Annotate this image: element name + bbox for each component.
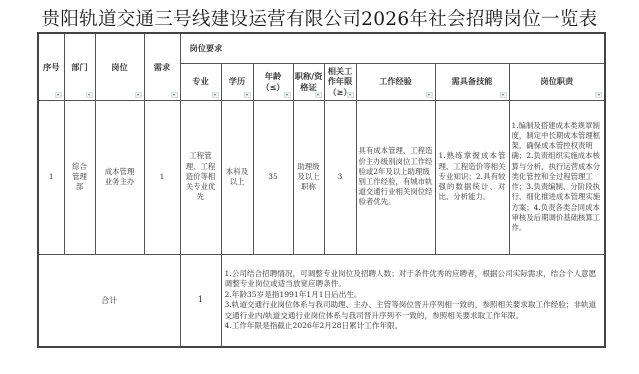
filter-dropdown-icon[interactable] xyxy=(86,92,93,98)
header-experience: 工作经验 xyxy=(356,63,435,100)
header-duties: 岗位职责 xyxy=(509,63,605,100)
header-duties-label: 岗位职责 xyxy=(540,76,573,86)
header-demand-label: 需求 xyxy=(154,62,170,72)
recruitment-table: 序号 部门 岗位 需求 岗位要求 专业 学历 年龄（≤） xyxy=(37,32,606,348)
filter-dropdown-icon[interactable] xyxy=(500,92,507,98)
filter-dropdown-icon[interactable] xyxy=(347,92,354,98)
cell-major-text: 工程管理、工程造价等相关专业优先 xyxy=(185,151,217,202)
filter-dropdown-icon[interactable] xyxy=(244,92,251,98)
header-dept-label: 部门 xyxy=(71,62,87,72)
cell-title-cert-text: 助理级及以上职称 xyxy=(297,162,321,193)
cell-experience: 具有成本管理、工程造价主办级别岗位工作经验或2年及以上助理级别工作经验，有城市轨… xyxy=(356,100,435,254)
filter-dropdown-icon[interactable] xyxy=(135,92,142,98)
cell-seq: 1 xyxy=(38,100,64,254)
cell-education: 本科及以上 xyxy=(221,100,253,254)
note-2: 2.年龄35岁是指1991年1月1日后出生。 xyxy=(225,290,602,300)
cell-major: 工程管理、工程造价等相关专业优先 xyxy=(180,100,221,254)
header-age-label: 年龄（≤） xyxy=(260,71,286,91)
filter-dropdown-icon[interactable] xyxy=(426,92,433,98)
filter-dropdown-icon[interactable] xyxy=(212,92,219,98)
header-demand: 需求 xyxy=(144,33,180,100)
note-3: 3.轨道交通行业岗位体系与我司助理、主办、主管等岗位晋升序列相一致的，参照相关要… xyxy=(225,300,602,321)
note-1: 1.公司结合招聘情况，可调整专业岗位及招聘人数；对于条件优秀的应聘者，根据公司实… xyxy=(225,269,602,290)
cell-position: 成本管理业务主办 xyxy=(95,100,144,254)
header-major: 专业 xyxy=(180,63,221,100)
header-major-label: 专业 xyxy=(192,76,208,86)
cell-position-text: 成本管理业务主办 xyxy=(104,167,136,187)
total-demand: 1 xyxy=(180,254,221,347)
note-4: 4.工作年限是指截止2026年2月28日累计工作年限。 xyxy=(225,321,602,331)
cell-age: 35 xyxy=(253,100,293,254)
page-title: 贵阳轨道交通三号线建设运营有限公司2026年社会招聘岗位一览表 xyxy=(0,8,639,32)
header-title-cert-label: 职称/资格证 xyxy=(295,71,323,91)
cell-dept: 综合管理部 xyxy=(64,100,95,254)
total-notes: 1.公司结合招聘情况，可调整专业岗位及招聘人数；对于条件优秀的应聘者，根据公司实… xyxy=(221,254,605,347)
filter-dropdown-icon[interactable] xyxy=(171,92,178,98)
header-experience-label: 工作经验 xyxy=(379,76,412,86)
header-position: 岗位 xyxy=(95,33,144,100)
header-seq: 序号 xyxy=(38,33,64,100)
filter-dropdown-icon[interactable] xyxy=(284,92,291,98)
header-position-label: 岗位 xyxy=(111,62,127,72)
cell-skills: 1.熟练掌握成本管理、工程造价等相关专业知识；2.具有较强的数据统计、对比、分析… xyxy=(435,100,509,254)
header-education: 学历 xyxy=(221,63,253,100)
cell-work-years: 3 xyxy=(324,100,356,254)
filter-dropdown-icon[interactable] xyxy=(315,92,322,98)
header-seq-label: 序号 xyxy=(43,62,59,72)
total-row: 合计 1 1.公司结合招聘情况，可调整专业岗位及招聘人数；对于条件优秀的应聘者，… xyxy=(38,254,605,347)
cell-demand: 1 xyxy=(144,100,180,254)
header-title-cert: 职称/资格证 xyxy=(293,63,324,100)
table-row: 1 综合管理部 成本管理业务主办 1 工程管理、工程造价等相关专业优先 本科及以… xyxy=(38,100,605,254)
filter-dropdown-icon[interactable] xyxy=(595,92,602,98)
header-dept: 部门 xyxy=(64,33,95,100)
header-skills-label: 需具备技能 xyxy=(452,76,493,86)
cell-dept-text: 综合管理部 xyxy=(69,162,91,193)
cell-duties: 1.编制及搭建成本类规章制度，制定中长期成本管理框架，确保成本管控权责明确；2.… xyxy=(509,100,605,254)
cell-education-text: 本科及以上 xyxy=(225,167,249,187)
header-skills: 需具备技能 xyxy=(435,63,509,100)
header-age: 年龄（≤） xyxy=(253,63,293,100)
header-education-label: 学历 xyxy=(229,76,245,86)
cell-title-cert: 助理级及以上职称 xyxy=(293,100,324,254)
header-work-years: 相关工作年限（≥） xyxy=(324,63,356,100)
filter-dropdown-icon[interactable] xyxy=(55,92,62,98)
total-label: 合计 xyxy=(38,254,180,347)
header-requirements-group: 岗位要求 xyxy=(180,33,605,63)
